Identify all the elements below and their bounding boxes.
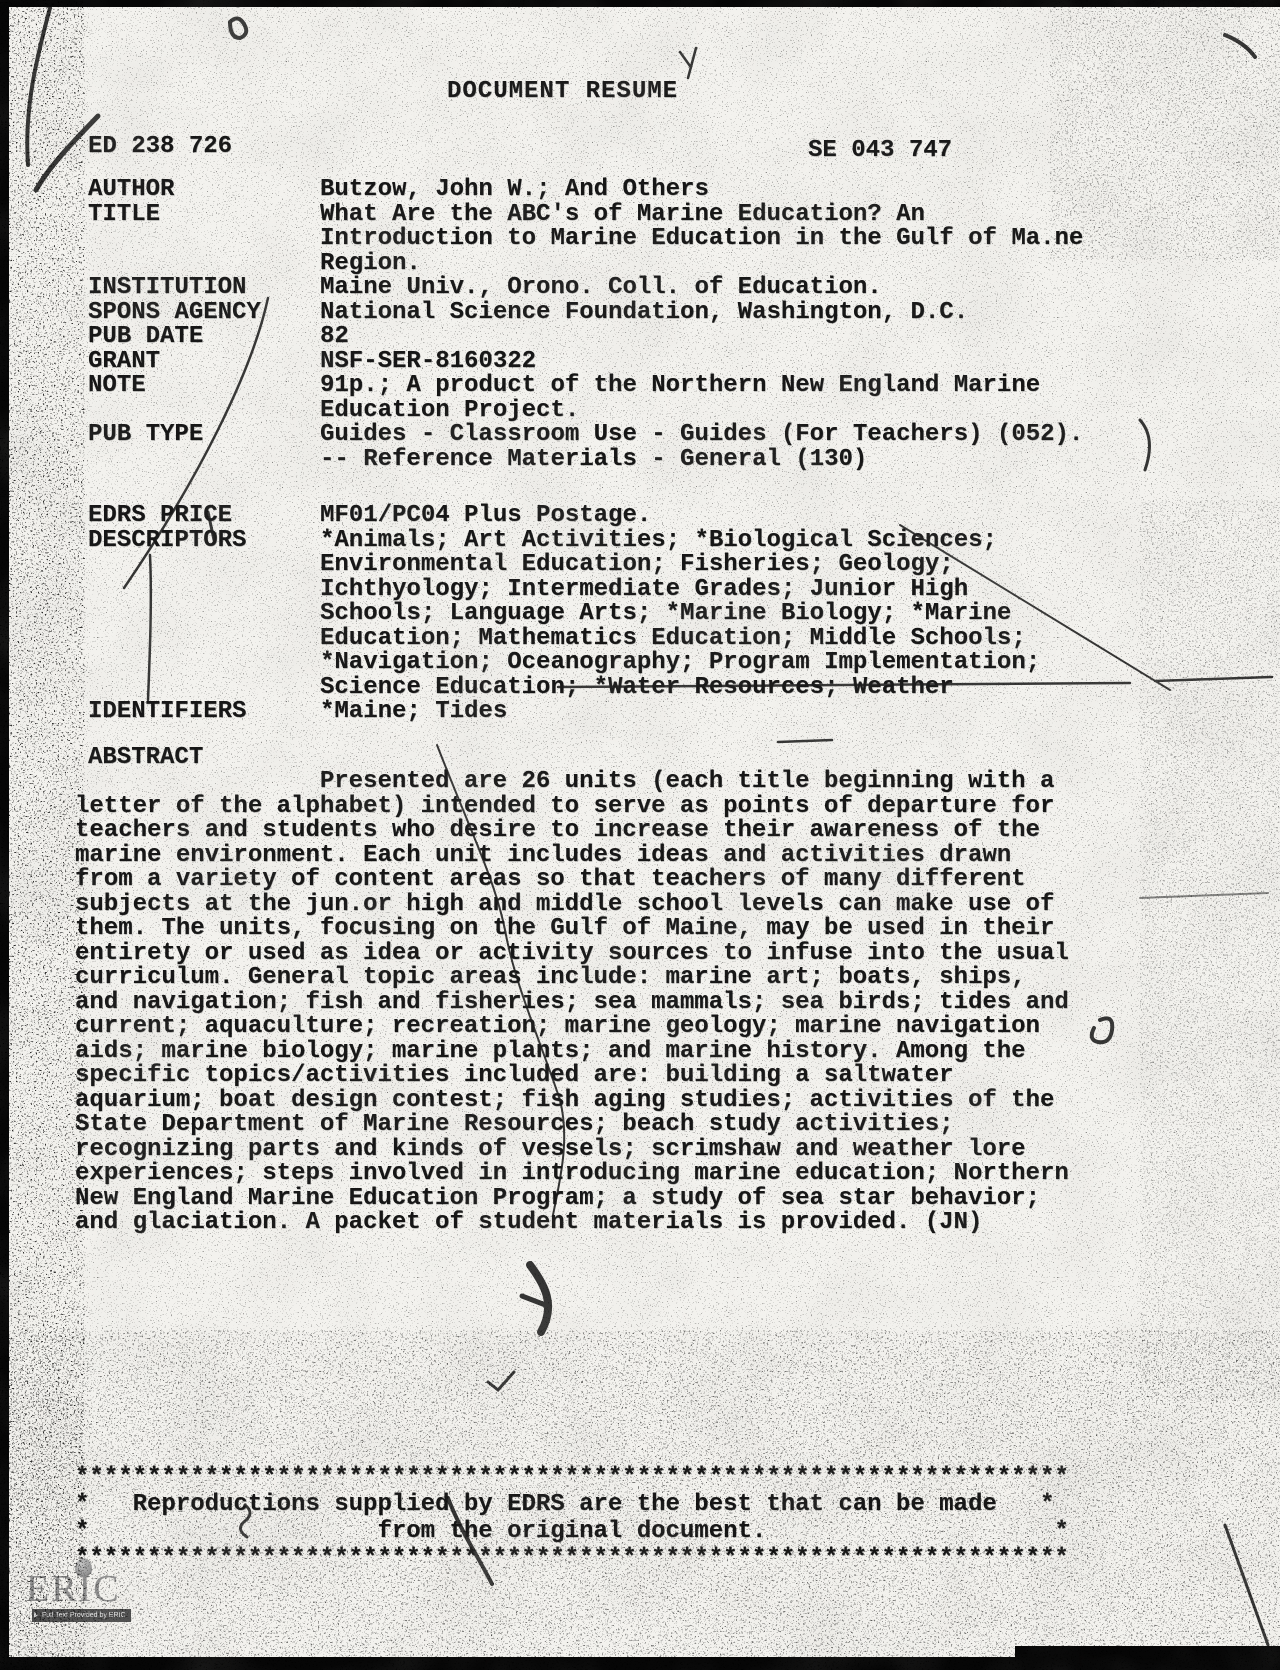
eric-logo-text: ERIC: [26, 1572, 166, 1606]
field-value: Guides - Classroom Use - Guides (For Tea…: [320, 423, 1083, 472]
field-label: AUTHOR: [75, 178, 320, 203]
field-row-pub-type: PUB TYPE Guides - Classroom Use - Guides…: [75, 423, 1085, 472]
field-value: *Maine; Tides: [320, 700, 507, 725]
field-label: GRANT: [75, 350, 320, 375]
field-row-edrs-price: EDRS PRICE MF01/PC04 Plus Postage.: [75, 504, 1085, 529]
field-row-spons-agency: SPONS AGENCY National Science Foundation…: [75, 301, 1085, 326]
field-value: What Are the ABC's of Marine Education? …: [320, 203, 1083, 277]
field-value: 82: [320, 325, 349, 350]
field-label: SPONS AGENCY: [75, 301, 320, 326]
field-label: PUB DATE: [75, 325, 320, 350]
se-number: SE 043 747: [808, 139, 952, 164]
field-value: Butzow, John W.; And Others: [320, 178, 709, 203]
field-value: NSF-SER-8160322: [320, 350, 536, 375]
scan-border-corner: [1015, 1646, 1280, 1670]
field-label: DESCRIPTORS: [75, 529, 320, 701]
ed-number: ED 238 726: [88, 135, 232, 160]
field-label: PUB TYPE: [75, 423, 320, 472]
field-row-descriptors: DESCRIPTORS *Animals; Art Activities; *B…: [75, 529, 1085, 701]
field-row-note: NOTE 91p.; A product of the Northern New…: [75, 374, 1085, 423]
field-value: National Science Foundation, Washington,…: [320, 301, 968, 326]
abstract-heading: ABSTRACT: [75, 746, 1085, 771]
catalog-fields: AUTHOR Butzow, John W.; And Others TITLE…: [75, 178, 1085, 725]
field-row-institution: INSTITUTION Maine Univ., Orono. Coll. of…: [75, 276, 1085, 301]
edrs-reproduction-notice: ****************************************…: [75, 1464, 1085, 1572]
scan-border-left: [0, 0, 9, 1670]
accession-number-row: ED 238 726 SE 043 747: [75, 135, 1085, 160]
abstract-text: Presented are 26 units (each title begin…: [75, 770, 1085, 1236]
field-row-grant: GRANT NSF-SER-8160322: [75, 350, 1085, 375]
eric-logo-tagline: Full Text Provided by ERIC: [32, 1609, 131, 1622]
field-label: IDENTIFIERS: [75, 700, 320, 725]
field-label: NOTE: [75, 374, 320, 423]
field-row-author: AUTHOR Butzow, John W.; And Others: [75, 178, 1085, 203]
field-label: EDRS PRICE: [75, 504, 320, 529]
field-value: 91p.; A product of the Northern New Engl…: [320, 374, 1040, 423]
scanned-document-page: DOCUMENT RESUME ED 238 726 SE 043 747 AU…: [0, 0, 1280, 1670]
field-row-title: TITLE What Are the ABC's of Marine Educa…: [75, 203, 1085, 277]
field-value: Maine Univ., Orono. Coll. of Education.: [320, 276, 882, 301]
eric-logo: ERIC Full Text Provided by ERIC: [26, 1572, 166, 1622]
field-value: *Animals; Art Activities; *Biological Sc…: [320, 529, 1040, 701]
field-row-pub-date: PUB DATE 82: [75, 325, 1085, 350]
field-row-identifiers: IDENTIFIERS *Maine; Tides: [75, 700, 1085, 725]
document-resume-title: DOCUMENT RESUME: [75, 80, 1085, 105]
field-value: MF01/PC04 Plus Postage.: [320, 504, 651, 529]
scan-border-top: [0, 0, 1280, 7]
eric-leaf-icon: [75, 1558, 92, 1577]
field-label: TITLE: [75, 203, 320, 277]
field-label: INSTITUTION: [75, 276, 320, 301]
